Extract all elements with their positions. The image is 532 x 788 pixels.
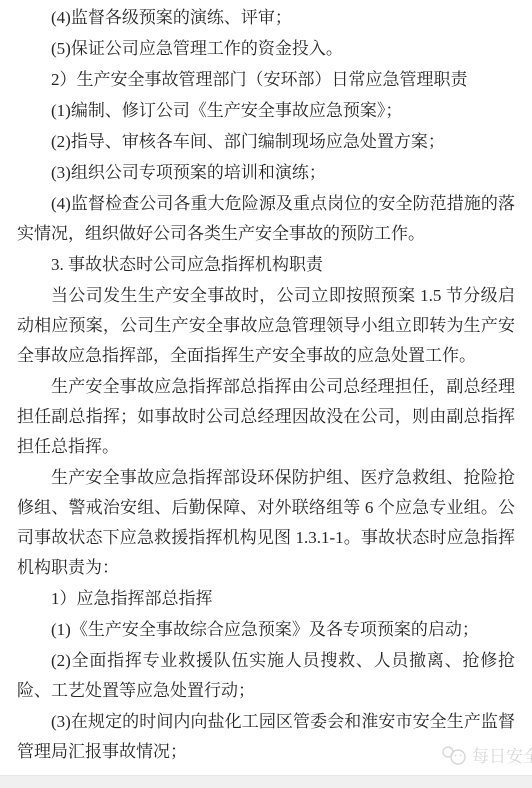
paragraph: 当公司发生生产安全事故时，公司立即按照预案 1.5 节分级启动相应预案，公司生产… [17,281,515,371]
paragraph: (5)保证公司应急管理工作的资金投入。 [17,34,515,64]
paragraph: 3. 事故状态时公司应急指挥机构职责 [17,250,515,280]
paragraph: (2)指导、审核各车间、部门编制现场应急处置方案； [17,127,515,157]
paragraph: (4)监督检查公司各重大危险源及重点岗位的安全防范措施的落实情况，组织做好公司各… [17,189,515,249]
paragraph: 1）应急指挥部总指挥 [17,584,515,614]
paragraph: (1)《生产安全事故综合应急预案》及各专项预案的启动； [17,615,515,645]
page-bottom-strip [0,775,532,788]
paragraph: 生产安全事故应急指挥部总指挥由公司总经理担任，副总经理担任副总指挥；如事故时公司… [17,372,515,462]
paragraph: (3)组织公司专项预案的培训和演练； [17,158,515,188]
watermark-label: 每日安全 [472,742,532,767]
brand-watermark: 每日安全 [441,742,532,767]
paragraph: 生产安全事故应急指挥部设环保防护组、医疗急救组、抢险抢修组、警戒治安组、后勤保障… [17,463,515,583]
paragraph: (4)监督各级预案的演练、评审； [17,3,515,33]
document-text: (4)监督各级预案的演练、评审； (5)保证公司应急管理工作的资金投入。 2）生… [17,3,515,768]
paragraph: 2）生产安全事故管理部门（安环部）日常应急管理职责 [17,65,515,95]
brand-logo-icon [441,745,468,765]
paragraph: (1)编制、修订公司《生产安全事故应急预案》； [17,96,515,126]
paragraph: (2)全面指挥专业救援队伍实施人员搜救、人员撤离、抢修抢险、工艺处置等应急处置行… [17,646,515,706]
document-page: (4)监督各级预案的演练、评审； (5)保证公司应急管理工作的资金投入。 2）生… [0,0,532,788]
